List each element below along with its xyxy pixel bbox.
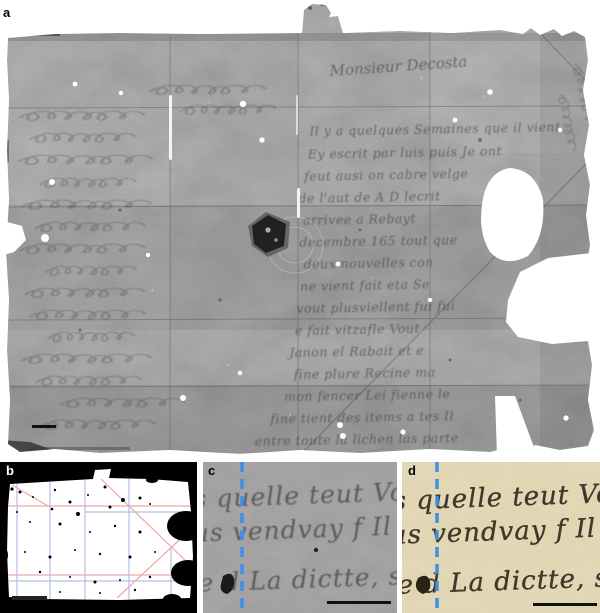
ink-dot — [314, 548, 318, 552]
photo-detail-panel: s quelle teut Vou us vendvay f Il e d La… — [402, 462, 600, 613]
xray-detail-panel: s quelle teut Vou us vendvay f Il e d La… — [203, 462, 397, 613]
panel-c-xray-detail: s quelle teut Vou us vendvay f Il e d La… — [203, 462, 397, 613]
panel-b-label: b — [6, 464, 14, 477]
scale-bar-c — [327, 601, 391, 604]
figure-unfolded-letter: a — [0, 0, 600, 613]
panel-d-photo-detail: s quelle teut Vou us vendvay f Il e d La… — [402, 462, 600, 613]
panel-d-label: d — [408, 464, 416, 477]
panel-a-xray-scan: Monsieur Decosta Il y a quelques Semaine… — [0, 0, 600, 457]
binary-mask-panel — [0, 462, 197, 613]
panel-c-label: c — [208, 464, 215, 477]
detail-script-brown: s quelle teut Vou us vendvay f Il e d La… — [402, 478, 600, 601]
scale-bar-d — [533, 603, 597, 606]
scale-bar-a — [32, 425, 56, 428]
scale-bar-b — [12, 596, 47, 600]
large-hole — [481, 168, 543, 261]
panel-a-label: a — [3, 6, 10, 19]
panel-b-mask — [0, 462, 197, 613]
letter-silhouette — [7, 469, 193, 600]
xray-letter-scan: Monsieur Decosta Il y a quelques Semaine… — [0, 0, 600, 457]
